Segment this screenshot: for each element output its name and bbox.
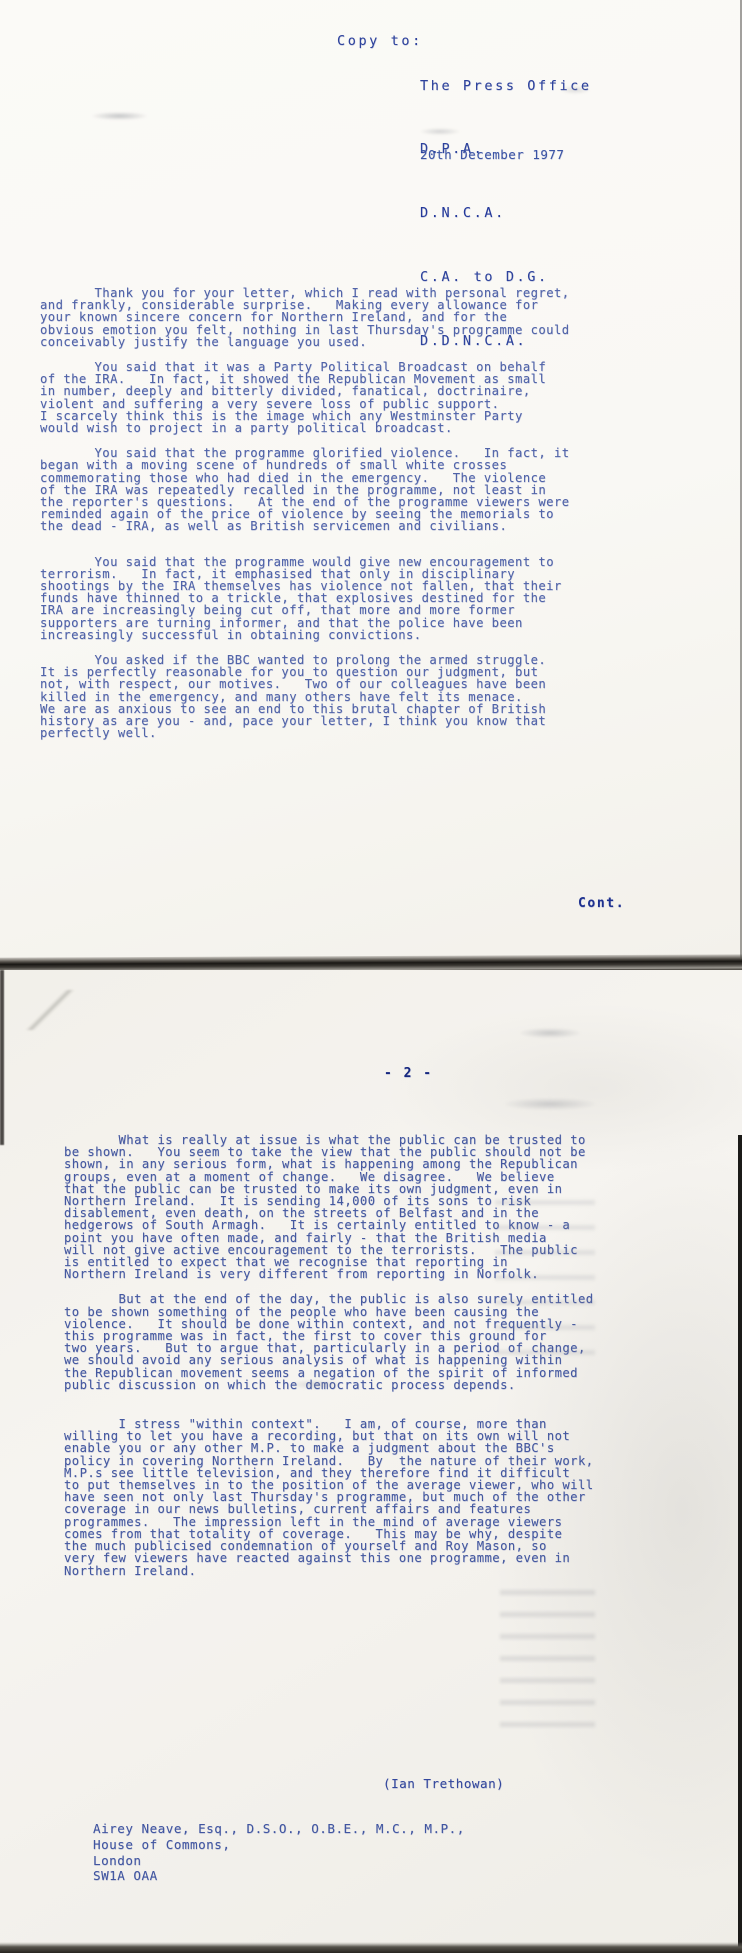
letter-body-page-1: Thank you for your letter, which I read … <box>40 287 585 753</box>
scanned-letter: Copy to: The Press Office D.P.A. D.N.C.A… <box>0 0 742 1953</box>
paragraph-6: What is really at issue is what the publ… <box>64 1134 609 1280</box>
paragraph-2: You said that it was a Party Political B… <box>40 361 585 434</box>
paragraph-3: You said that the programme glorified vi… <box>40 447 585 532</box>
copy-to-recipient: The Press Office <box>420 76 592 97</box>
paragraph-1: Thank you for your letter, which I read … <box>40 287 585 348</box>
paragraph-4: You said that the programme would give n… <box>40 556 585 641</box>
copy-to-label: Copy to: <box>337 33 423 49</box>
paragraph-5: You asked if the BBC wanted to prolong t… <box>40 654 585 739</box>
show-through-marks <box>500 1590 595 1730</box>
letter-body-page-2: What is really at issue is what the publ… <box>64 1134 609 1590</box>
letter-page-2: - 2 - What is really at issue is what th… <box>0 970 742 1953</box>
continuation-marker: Cont. <box>578 896 625 911</box>
page-number: - 2 - <box>384 1066 433 1081</box>
recipient-address: Airey Neave, Esq., D.S.O., O.B.E., M.C.,… <box>93 1821 465 1884</box>
scan-smudge <box>92 112 147 120</box>
paragraph-8: I stress "within context". I am, of cour… <box>64 1418 609 1577</box>
scan-smudge <box>520 1028 580 1038</box>
paragraph-7: But at the end of the day, the public is… <box>64 1293 609 1391</box>
letter-page-1: Copy to: The Press Office D.P.A. D.N.C.A… <box>0 0 742 958</box>
copy-to-recipient: D.N.C.A. <box>420 203 592 224</box>
signature-name: (Ian Trethowan) <box>383 1776 504 1791</box>
letter-date: 20th December 1977 <box>420 147 564 162</box>
fold-mark <box>20 990 80 1030</box>
scan-smudge <box>505 1098 595 1110</box>
